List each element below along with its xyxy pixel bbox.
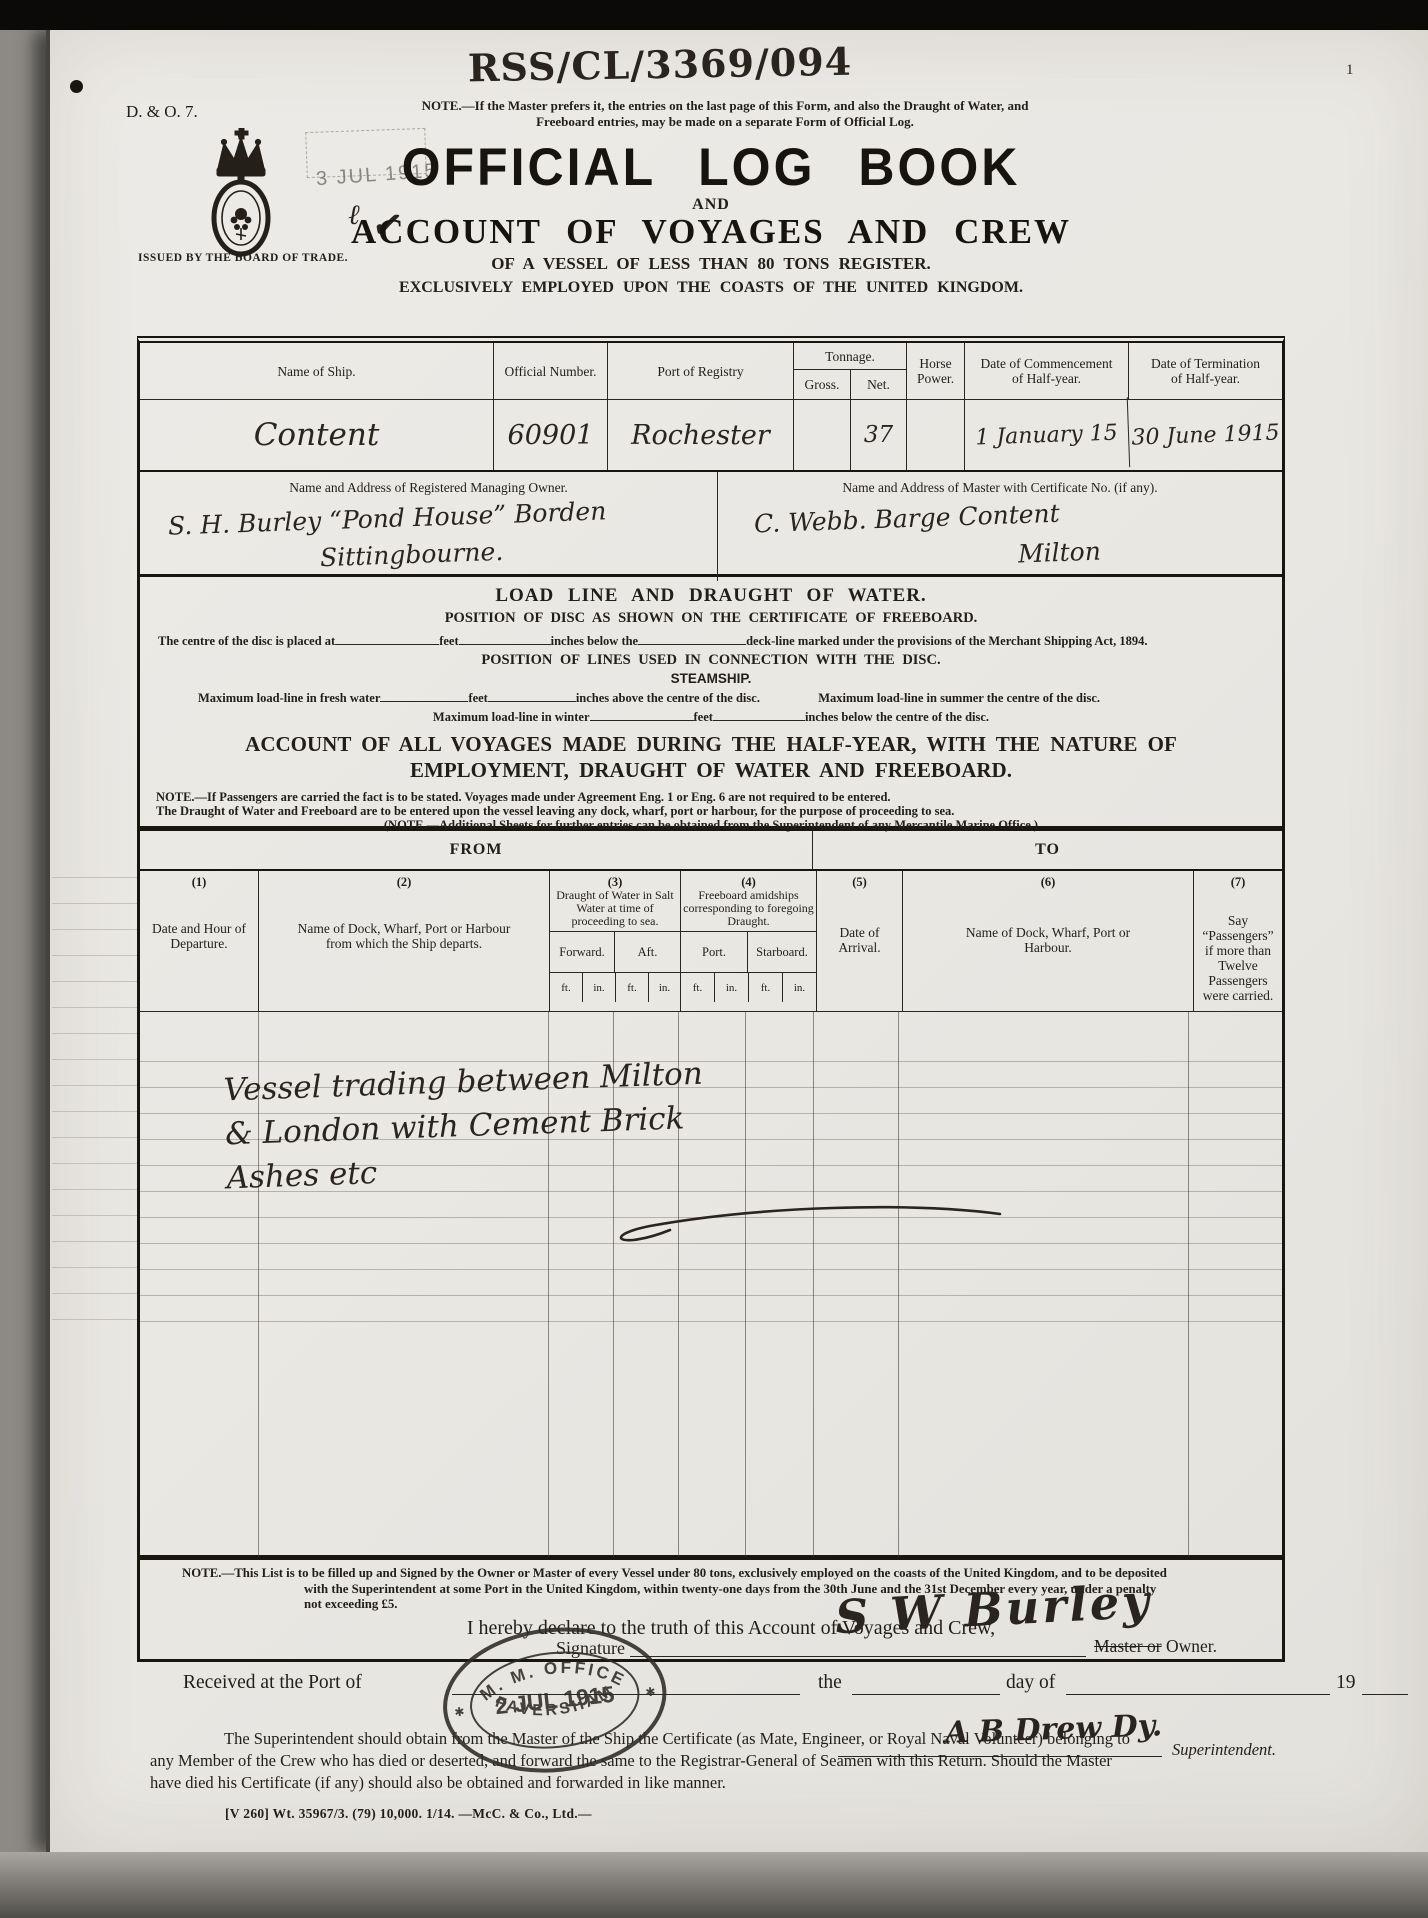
instructions-line3: have died his Certificate (if any) shoul… (150, 1773, 726, 1792)
entry-line2: & London with Cement Brick (225, 1100, 685, 1152)
header-tonnage: Tonnage. (794, 343, 906, 370)
value-official-number: 60901 (494, 400, 608, 470)
col4-port-in: in. (715, 973, 749, 1002)
margin-ruled-lines (52, 852, 137, 1320)
header-commencement: Date of Commencementof Half-year. (965, 343, 1129, 399)
column-line (813, 1012, 814, 1557)
column-line (898, 1012, 899, 1557)
header-termination: Date of Terminationof Half-year. (1129, 343, 1282, 399)
col2-header: (2) Name of Dock, Wharf, Port or Harbour… (259, 871, 550, 1011)
value-port-of-registry: Rochester (608, 400, 794, 470)
value-gross (794, 400, 851, 470)
col3-aft: Aft. (615, 932, 680, 972)
stamp-star-right: ✱ (645, 1684, 656, 1699)
value-name-of-ship: Content (140, 400, 494, 470)
ship-values-row: Content 60901 Rochester 37 1 January 15 … (140, 399, 1282, 470)
blank-underline (638, 632, 746, 645)
printer-imprint: [V 260] Wt. 35967/3. (79) 10,000. 1/14. … (225, 1806, 592, 1822)
col3-forward: Forward. (550, 932, 615, 972)
blank-underline (335, 632, 439, 645)
col7-header: (7) Say “Passengers” if more than Twelve… (1194, 871, 1282, 1011)
account-heading-line2: EMPLOYMENT, DRAUGHT OF WATER AND FREEBOA… (140, 758, 1282, 783)
top-note: NOTE.—If the Master prefers it, the entr… (380, 98, 1070, 130)
value-net: 37 (851, 400, 907, 470)
value-horse-power (907, 400, 965, 470)
master-or-owner-label: Master or Owner. (1094, 1636, 1217, 1657)
column-line (745, 1012, 746, 1557)
col4-starboard: Starboard. (748, 932, 816, 972)
header-port-of-registry: Port of Registry (608, 343, 794, 399)
blank-underline (459, 632, 551, 645)
col4-port: Port. (681, 932, 748, 972)
blank-underline (380, 689, 468, 702)
scan-edge-top (0, 0, 1428, 30)
lines-position-title: POSITION OF LINES USED IN CONNECTION WIT… (140, 652, 1282, 669)
winter-line: Maximum load-line in winterfeetinches be… (140, 708, 1282, 724)
to-header: TO (813, 831, 1282, 869)
form-code: D. & O. 7. (126, 102, 198, 122)
col3-fwd-in: in. (583, 973, 616, 1002)
col4-port-ft: ft. (681, 973, 715, 1002)
value-termination: 30 June 1915 (1128, 397, 1283, 472)
sub-title: ACCOUNT OF VOYAGES AND CREW (137, 212, 1285, 252)
from-to-band: FROM TO (140, 829, 1282, 871)
account-note2: The Draught of Water and Freeboard are t… (140, 804, 1282, 818)
col3-fwd-ft: ft. (550, 973, 583, 1002)
col3-aft-in: in. (649, 973, 680, 1002)
header-gross: Gross. (794, 370, 851, 399)
col3-header: (3) Draught of Water in Salt Water at ti… (550, 871, 681, 1011)
column-line (1188, 1012, 1189, 1557)
load-line-title: LOAD LINE AND DRAUGHT OF WATER. (140, 585, 1282, 607)
stamp-star-left: ✱ (454, 1705, 465, 1720)
received-date-stamp: M. M. OFFICE FAVERSHAM 2 JUL 1915 ✱ ✱ (430, 1612, 679, 1793)
master-label: Name and Address of Master with Certific… (718, 472, 1282, 495)
col3-aft-ft: ft. (616, 973, 649, 1002)
header-tonnage-group: Tonnage. Gross. Net. (794, 343, 907, 399)
ship-header-row: Name of Ship. Official Number. Port of R… (140, 343, 1282, 399)
master-cell: Name and Address of Master with Certific… (718, 472, 1282, 581)
subtitle-register: OF A VESSEL OF LESS THAN 80 TONS REGISTE… (137, 254, 1285, 274)
bottom-note-line3: not exceeding £5. (304, 1597, 397, 1611)
punch-hole (70, 80, 83, 93)
voyage-entry-note: Vessel trading between Milton & London w… (223, 1052, 707, 1201)
col5-header: (5) Date of Arrival. (817, 871, 903, 1011)
bottom-note-line1: NOTE.—This List is to be filled up and S… (182, 1566, 1167, 1580)
from-header: FROM (140, 831, 813, 869)
signature-line (630, 1656, 1086, 1657)
year-prefix: 19 (1336, 1672, 1356, 1694)
fresh-water-line: Maximum load-line in fresh waterfeetinch… (140, 689, 1282, 705)
voyages-table: FROM TO (1) Date and Hour of Departure. … (137, 829, 1285, 1558)
owner-cell: Name and Address of Registered Managing … (140, 472, 718, 581)
pen-flourish (580, 1192, 1020, 1252)
subtitle-coasts: EXCLUSIVELY EMPLOYED UPON THE COASTS OF … (137, 279, 1285, 297)
blank-underline (488, 689, 576, 702)
steamship-label: STEAMSHIP. (140, 671, 1282, 686)
disc-position-title: POSITION OF DISC AS SHOWN ON THE CERTIFI… (140, 610, 1282, 627)
col1-header: (1) Date and Hour of Departure. (140, 871, 259, 1011)
archive-reference: RSS/CL/3369/094 (440, 38, 881, 91)
col4-stbd-ft: ft. (749, 973, 783, 1002)
received-at-port-label: Received at the Port of (183, 1672, 362, 1694)
owner-label: Name and Address of Registered Managing … (140, 472, 717, 495)
load-line-section: LOAD LINE AND DRAUGHT OF WATER. POSITION… (137, 577, 1285, 829)
day-blank-line (852, 1694, 1000, 1695)
value-commencement: 1 January 15 (964, 397, 1130, 473)
master-value-line2: Milton (1018, 537, 1102, 569)
col4-header: (4) Freeboard amidships corresponding to… (681, 871, 817, 1011)
account-heading-line1: ACCOUNT OF ALL VOYAGES MADE DURING THE H… (140, 732, 1282, 757)
main-title: OFFICIAL LOG BOOK (137, 136, 1285, 197)
header-name-of-ship: Name of Ship. (140, 343, 494, 399)
top-note-line2: Freeboard entries, may be made on a sepa… (536, 114, 914, 129)
owner-value-line2: Sittingbourne. (320, 537, 504, 572)
col6-header: (6) Name of Dock, Wharf, Port or Harbour… (903, 871, 1194, 1011)
account-note1: NOTE.—If Passengers are carried the fact… (140, 790, 1282, 804)
top-note-line1: NOTE.—If the Master prefers it, the entr… (422, 98, 1029, 113)
scanned-document: RSS/CL/3369/094 1 D. & O. 7. NOTE.—If th… (0, 0, 1428, 1918)
blank-underline (713, 708, 805, 721)
summer-line: Maximum load-line in summer the centre o… (818, 691, 1100, 705)
disc-position-line: The centre of the disc is placed atfeeti… (140, 632, 1282, 648)
header-horse-power: HorsePower. (907, 343, 965, 399)
month-blank-line (1066, 1694, 1330, 1695)
owner-master-row: Name and Address of Registered Managing … (140, 470, 1282, 581)
struck-master-or: Master or (1094, 1636, 1162, 1656)
ship-particulars-table: Name of Ship. Official Number. Port of R… (137, 336, 1285, 577)
blank-underline (590, 708, 694, 721)
column-headers: (1) Date and Hour of Departure. (2) Name… (140, 871, 1282, 1012)
header-net: Net. (851, 370, 906, 399)
scan-edge-bottom (0, 1852, 1428, 1918)
owner-word: Owner. (1166, 1636, 1217, 1656)
master-value-line1: C. Webb. Barge Content (754, 499, 1061, 539)
header-official-number: Official Number. (494, 343, 608, 399)
the-label: the (818, 1672, 842, 1694)
voyages-body: Vessel trading between Milton & London w… (140, 1012, 1282, 1557)
col4-stbd-in: in. (783, 973, 816, 1002)
year-blank-line (1362, 1694, 1408, 1695)
page-number: 1 (1346, 62, 1354, 79)
owner-value-line1: S. H. Burley “Pond House” Borden (168, 496, 607, 540)
day-of-label: day of (1006, 1672, 1055, 1694)
entry-line3: Ashes etc (226, 1155, 378, 1196)
